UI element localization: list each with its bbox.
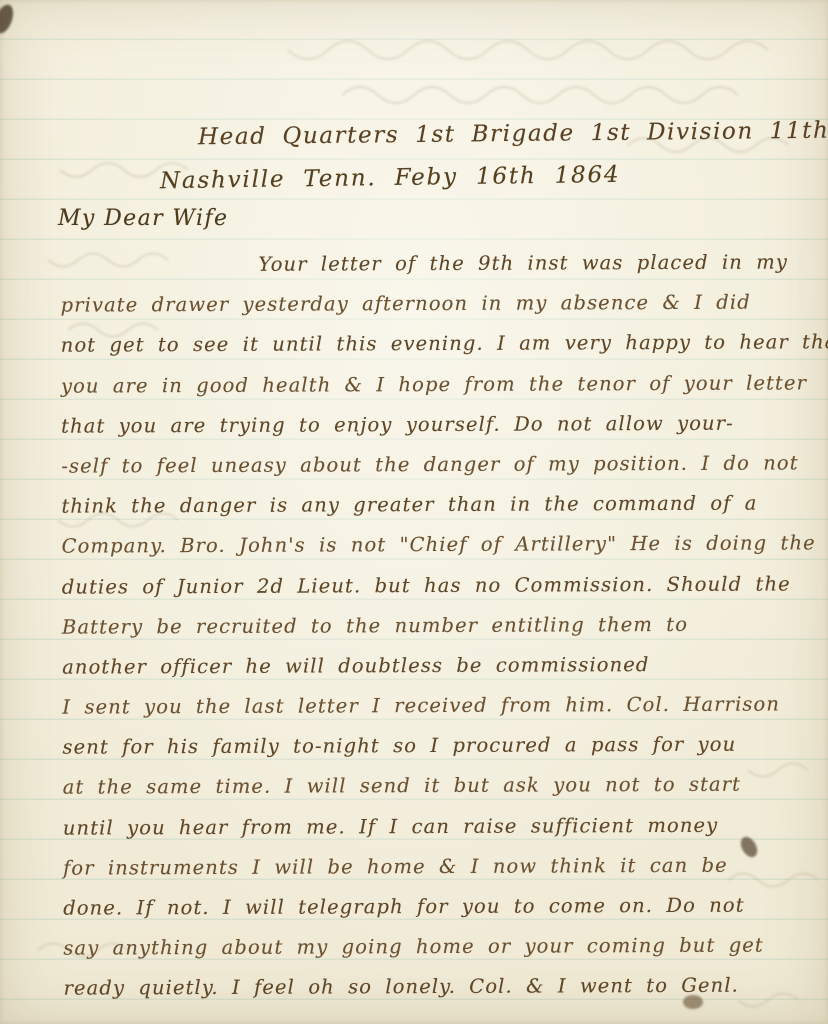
letter-line: ready quietly. I feel oh so lonely. Col.… — [63, 966, 799, 1009]
letter-line: private drawer yesterday afternoon in my… — [60, 283, 796, 326]
letter-heading-unit: Head Quarters 1st Brigade 1st Division 1… — [198, 116, 828, 150]
letter-line: Battery be recruited to the number entit… — [62, 604, 798, 647]
letter-line: Company. Bro. John's is not "Chief of Ar… — [62, 524, 798, 567]
letter-line: Your letter of the 9th inst was placed i… — [60, 242, 796, 285]
letter-line: at the same time. I will send it but ask… — [63, 765, 799, 808]
letter-line: sent for his family to-night so I procur… — [62, 725, 798, 768]
letter-body: Your letter of the 9th inst was placed i… — [60, 242, 799, 1015]
letter-heading-dateline: Nashville Tenn. Feby 16th 1864 — [160, 162, 621, 194]
letter-line: I sent you the last letter I received fr… — [62, 684, 798, 727]
letter-line: think the danger is any greater than in … — [61, 484, 797, 527]
letter-line: another officer he will doubtless be com… — [62, 644, 798, 687]
letter-salutation: My Dear Wife — [58, 206, 228, 231]
letter-line: duties of Junior 2d Lieut. but has no Co… — [62, 564, 798, 607]
letter-page: Head Quarters 1st Brigade 1st Division 1… — [0, 0, 828, 1024]
letter-line: not get to see it until this evening. I … — [61, 323, 797, 366]
ink-smudge — [0, 2, 17, 36]
letter-line: say anything about my going home or your… — [63, 926, 799, 969]
letter-line: you are in good health & I hope from the… — [61, 363, 797, 406]
letter-line: done. If not. I will telegraph for you t… — [63, 885, 799, 928]
letter-line: for instruments I will be home & I now t… — [63, 845, 799, 888]
letter-line: until you hear from me. If I can raise s… — [63, 805, 799, 848]
letter-line: that you are trying to enjoy yourself. D… — [61, 403, 797, 446]
letter-line: -self to feel uneasy about the danger of… — [61, 443, 797, 486]
